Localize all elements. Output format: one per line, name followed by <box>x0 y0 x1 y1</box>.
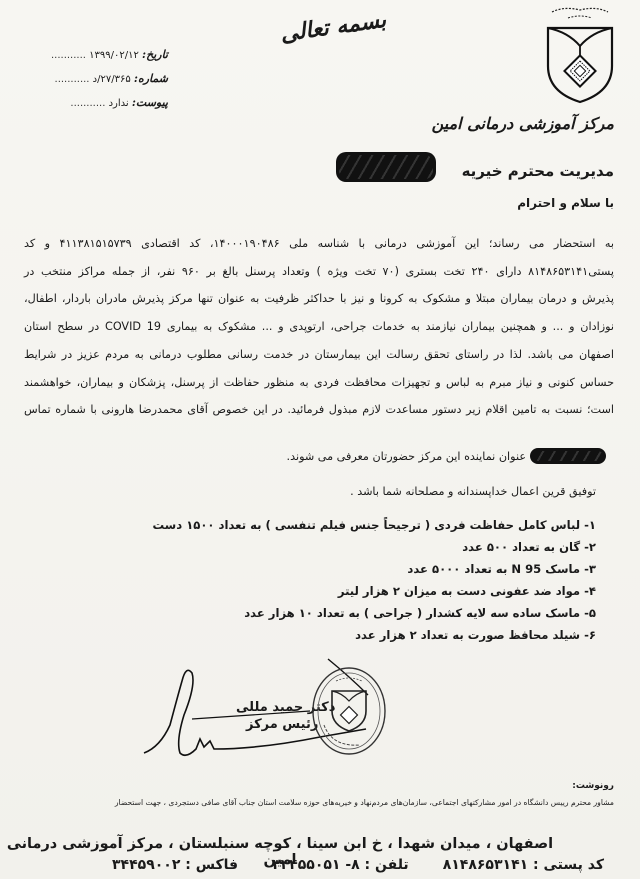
body-line: پستی۸۱۴۸۶۵۳۱۴۱ دارای ۲۴۰ تخت بستری (۷۰ ت… <box>24 265 614 278</box>
list-item: ۲- گان به تعداد ۵۰۰ عدد <box>153 540 596 562</box>
number-field: شماره: ۲۷/۳۶۵/د ........... <box>18 72 168 85</box>
list-item: ۳- ماسک N 95 به تعداد ۵۰۰۰ عدد <box>153 562 596 584</box>
body-line: اصفهان می باشد. لذا در راستای تحقق رسالت… <box>24 348 614 361</box>
letter-page: مرکز آموزشی درمانی امین بسمه تعالی تاریخ… <box>0 0 640 879</box>
body-line: است؛ نسبت به تامین اقلام زیر دستور مساعد… <box>24 403 614 416</box>
attachment-value: ندارد <box>109 98 129 109</box>
hospital-name: مرکز آموزشی درمانی امین <box>432 114 614 133</box>
greeting: با سلام و احترام <box>517 196 614 210</box>
signatory-title: رئیس مرکز <box>246 717 318 732</box>
phone-number: تلفن : ۸- ۳۴۴۵۵۰۵۱ <box>272 857 409 873</box>
number-label: شماره: <box>134 72 168 85</box>
attachment-field: پیوست: ندارد ........... <box>18 96 168 109</box>
footer-contact: کد پستی : ۸۱۴۸۶۵۳۱۴۱ تلفن : ۸- ۳۴۴۵۵۰۵۱ … <box>98 857 618 873</box>
number-value: ۲۷/۳۶۵/د <box>93 74 131 85</box>
list-item: ۱- لباس کامل حفاظت فردی ( ترجیحاً جنس فی… <box>153 518 596 540</box>
body-line: پذیرش و درمان بیماران مبتلا و مشکوک به ک… <box>24 292 614 305</box>
date-label: تاریخ: <box>142 48 168 61</box>
list-item: ۵- ماسک ساده سه لایه کشدار ( جراحی ) به … <box>153 606 596 628</box>
redacted-phone-number <box>530 448 606 464</box>
body-line: حساس کنونی و نیاز مبرم به لباس و تجهیزات… <box>24 376 614 389</box>
university-logo <box>538 4 622 104</box>
official-stamp <box>310 665 388 757</box>
invocation-heading: بسمه تعالی <box>279 7 388 48</box>
recipient-line: مدیریت محترم خیریه <box>462 162 614 180</box>
postal-code: کد پستی : ۸۱۴۸۶۵۳۱۴۱ <box>443 857 604 873</box>
date-field: تاریخ: ۱۳۹۹/۰۲/۱۲ ........... <box>18 48 168 61</box>
body-last-line: عنوان نماینده این مرکز حضورتان معرفی می … <box>287 450 526 463</box>
requested-items-list: ۱- لباس کامل حفاظت فردی ( ترجیحاً جنس فی… <box>153 518 596 650</box>
dotted-line: ........... <box>70 98 105 109</box>
cc-label: رونوشت: <box>572 781 614 791</box>
cc-recipient: مشاور محترم رییس دانشگاه در امور مشارکته… <box>115 798 614 807</box>
attachment-label: پیوست: <box>132 96 168 109</box>
redacted-charity-name <box>336 152 436 182</box>
fax-number: فاکس : ۳۴۴۵۹۰۰۲ <box>112 857 238 873</box>
date-value: ۱۳۹۹/۰۲/۱۲ <box>89 50 139 61</box>
body-line: نوزادان و ... و همچنین بیماران نیازمند ب… <box>24 320 614 333</box>
body-line: به استحضار می رساند؛ این آموزشی درمانی ب… <box>24 237 614 250</box>
list-item: ۶- شیلد محافظ صورت به تعداد ۲ هزار عدد <box>153 628 596 650</box>
dotted-line: ........... <box>51 50 86 61</box>
closing-line: توفیق قرین اعمال خداپسندانه و مصلحانه شم… <box>350 485 596 498</box>
dotted-line: ........... <box>55 74 90 85</box>
list-item: ۴- مواد ضد عفونی دست به میزان ۲ هزار لیت… <box>153 584 596 606</box>
